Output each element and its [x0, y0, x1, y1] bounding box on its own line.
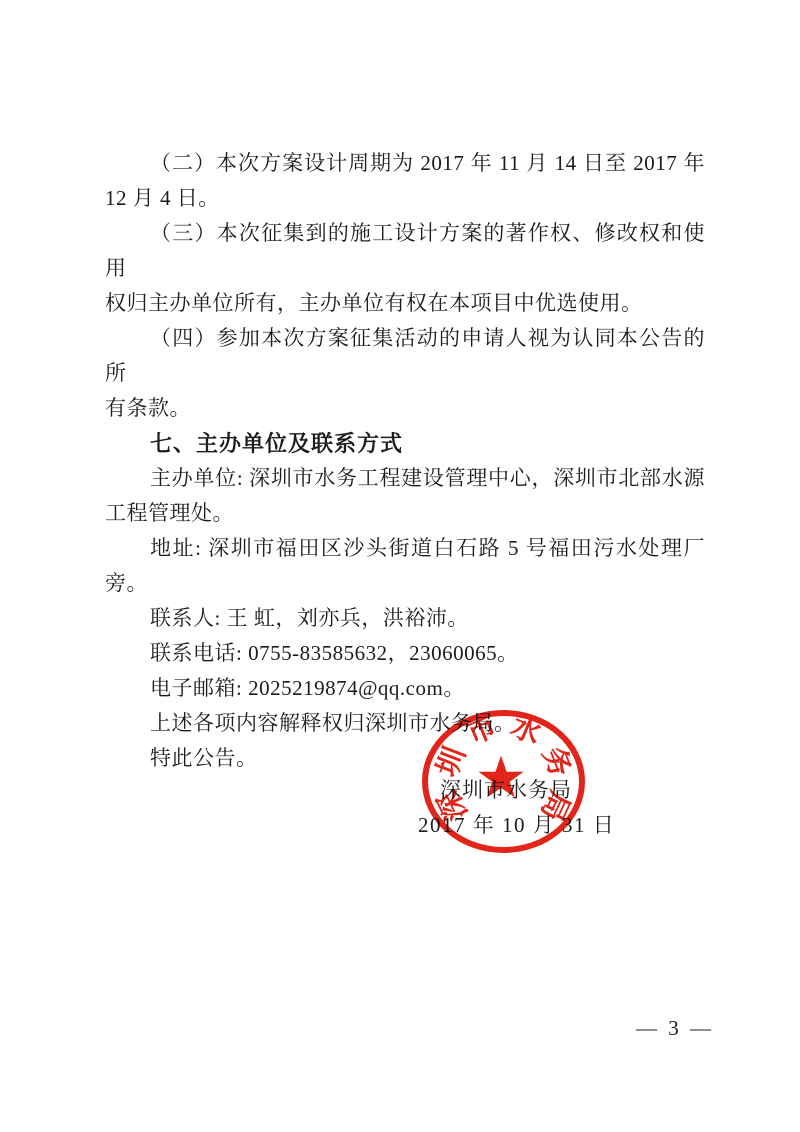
paragraph-line: （二）本次方案设计周期为 2017 年 11 月 14 日至 2017 年	[105, 146, 705, 181]
paragraph-line: （三）本次征集到的施工设计方案的著作权、修改权和使用	[105, 216, 705, 286]
section-heading: 七、主办单位及联系方式	[105, 426, 705, 461]
paragraph-line: 旁。	[105, 566, 705, 601]
paragraph-line: 权归主办单位所有，主办单位有权在本项目中优选使用。	[105, 286, 705, 321]
paragraph-email: 电子邮箱: 2025219874@qq.com。	[105, 671, 705, 706]
paragraph-contacts: 联系人: 王 虹，刘亦兵，洪裕沛。	[105, 601, 705, 636]
document-page: （二）本次方案设计周期为 2017 年 11 月 14 日至 2017 年 12…	[0, 0, 800, 1132]
paragraph-line: 有条款。	[105, 391, 705, 426]
paragraph-phone: 联系电话: 0755-83585632，23060065。	[105, 636, 705, 671]
paragraph-line: 主办单位: 深圳市水务工程建设管理中心，深圳市北部水源	[105, 461, 705, 496]
page-number: — 3 —	[600, 1013, 750, 1043]
paragraph-address: 地址: 深圳市福田区沙头街道白石路 5 号福田污水处理厂 旁。	[105, 531, 705, 601]
paragraph-line: 工程管理处。	[105, 496, 705, 531]
paragraph-line: （四）参加本次方案征集活动的申请人视为认同本公告的所	[105, 321, 705, 391]
paragraph-organizer: 主办单位: 深圳市水务工程建设管理中心，深圳市北部水源 工程管理处。	[105, 461, 705, 531]
document-body: （二）本次方案设计周期为 2017 年 11 月 14 日至 2017 年 12…	[105, 146, 705, 776]
paragraph-item-3: （三）本次征集到的施工设计方案的著作权、修改权和使用 权归主办单位所有，主办单位…	[105, 216, 705, 321]
paragraph-item-2: （二）本次方案设计周期为 2017 年 11 月 14 日至 2017 年 12…	[105, 146, 705, 216]
paragraph-line: 地址: 深圳市福田区沙头街道白石路 5 号福田污水处理厂	[105, 531, 705, 566]
signature-date: 2017 年 10 月 31 日	[418, 808, 615, 843]
paragraph-closing: 特此公告。	[105, 741, 705, 776]
paragraph-interpretation: 上述各项内容解释权归深圳市水务局。	[105, 706, 705, 741]
signature-organization: 深圳市水务局	[440, 773, 572, 808]
paragraph-line: 12 月 4 日。	[105, 181, 705, 216]
paragraph-item-4: （四）参加本次方案征集活动的申请人视为认同本公告的所 有条款。	[105, 321, 705, 426]
